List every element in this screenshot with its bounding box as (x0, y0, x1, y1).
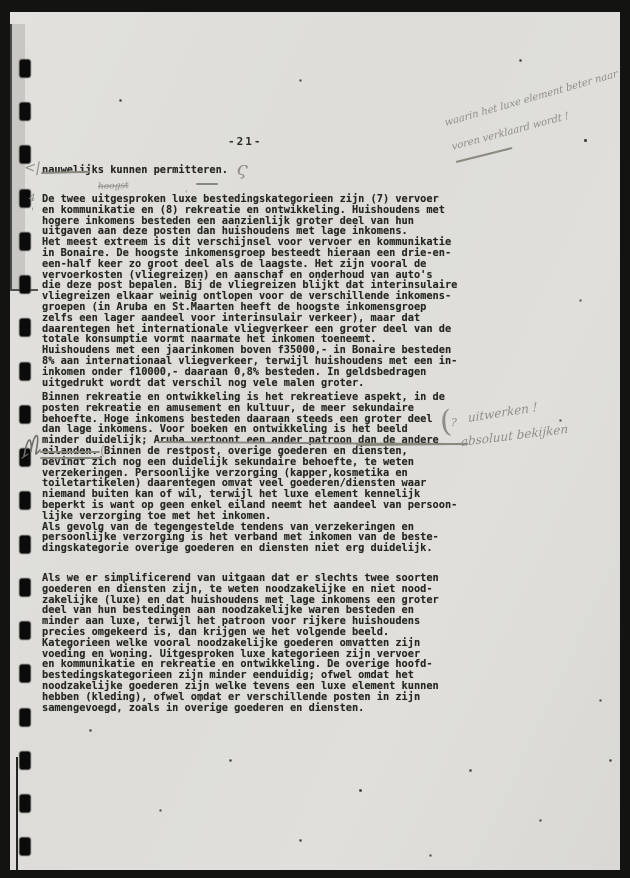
margin-scribble-icon (20, 428, 46, 460)
binder-hole (20, 363, 30, 380)
scan-fold-line (16, 757, 18, 870)
binder-hole (20, 622, 30, 639)
insertion-caret-lijke: ' (73, 506, 75, 516)
binder-hole (20, 103, 30, 120)
insertion-caret: ' (185, 190, 187, 200)
binder-hole (20, 276, 30, 293)
handwritten-question-mark: ? (451, 416, 457, 429)
binder-hole (20, 665, 30, 682)
margin-mark-check: <| (23, 160, 42, 176)
typed-paragraph-3: Als we er simplificerend van uitgaan dat… (42, 573, 439, 713)
scan-noise (0, 0, 1, 1)
binder-hole (20, 709, 30, 726)
typed-paragraph-2: Binnen rekreatie en ontwikkeling is het … (42, 392, 457, 554)
binder-hole (20, 233, 30, 250)
binder-hole (20, 579, 30, 596)
pencil-underline-permitteren (196, 183, 218, 185)
margin-mark-tick: ' (31, 207, 34, 218)
binder-hole (20, 492, 30, 509)
binder-hole (20, 838, 30, 855)
scanned-page: -21- nauwelijks kunnen permitteren. De t… (0, 0, 630, 878)
margin-mark-paragraph: 4 (29, 193, 35, 204)
pencil-underline-eilanden (40, 457, 102, 459)
binder-hole (20, 406, 30, 423)
binder-hole (20, 795, 30, 812)
binder-hole (20, 536, 30, 553)
handwritten-crossed-word: hoogst (98, 181, 129, 192)
handwritten-paren: ( (100, 444, 105, 459)
binder-hole (20, 752, 30, 769)
binder-hole (20, 319, 30, 336)
binder-hole (20, 60, 30, 77)
page-number: -21- (228, 135, 263, 148)
pencil-strike-eilanden (40, 451, 100, 453)
typed-paragraph-1: De twee uitgesproken luxe bestedingskate… (42, 194, 457, 388)
